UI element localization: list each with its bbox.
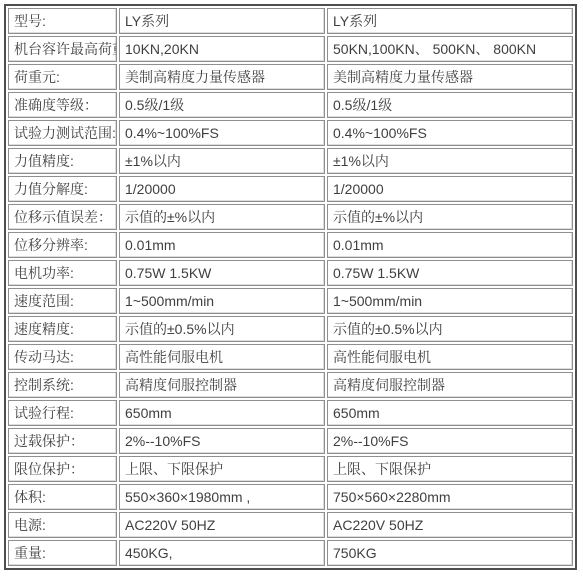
spec-label-cell: 控制系统: (8, 372, 117, 398)
spec-label-cell: 速度范围: (8, 288, 117, 314)
spec-value-cell: 0.01mm (327, 232, 573, 258)
spec-label-cell: 限位保护： (8, 456, 117, 482)
spec-label-cell: 重量: (8, 540, 117, 566)
spec-label-cell: 过载保护： (8, 428, 117, 454)
spec-value-cell: AC220V 50HZ (119, 512, 325, 538)
spec-value-cell: 50KN,100KN、 500KN、 800KN (327, 36, 573, 62)
spec-label-cell: 试验力测试范围: (8, 120, 117, 146)
spec-label-cell: 荷重元: (8, 64, 117, 90)
table-row: 电机功率: 0.75W 1.5KW 0.75W 1.5KW (8, 260, 573, 286)
spec-value-cell: ±1%以内 (119, 148, 325, 174)
spec-value-cell: 750×560×2280mm (327, 484, 573, 510)
table-row: 机台容许最高荷重: 10KN,20KN 50KN,100KN、 500KN、 8… (8, 36, 573, 62)
table-row: 速度范围: 1~500mm/min 1~500mm/min (8, 288, 573, 314)
spec-label-cell: 位移分辨率: (8, 232, 117, 258)
spec-value-cell: 0.75W 1.5KW (327, 260, 573, 286)
spec-value-cell: 示值的±%以内 (327, 204, 573, 230)
table-row: 速度精度: 示值的±0.5%以内 示值的±0.5%以内 (8, 316, 573, 342)
spec-value-cell: 高性能伺服电机 (119, 344, 325, 370)
spec-value-cell: ±1%以内 (327, 148, 573, 174)
spec-label-cell: 机台容许最高荷重: (8, 36, 117, 62)
table-row: 型号: LY系列 LY系列 (8, 8, 573, 34)
spec-value-cell: 1~500mm/min (119, 288, 325, 314)
table-row: 力值精度: ±1%以内 ±1%以内 (8, 148, 573, 174)
table-row: 传动马达: 高性能伺服电机 高性能伺服电机 (8, 344, 573, 370)
spec-value-cell: 示值的±%以内 (119, 204, 325, 230)
spec-value-cell: 1/20000 (327, 176, 573, 202)
spec-label-cell: 速度精度: (8, 316, 117, 342)
spec-label-cell: 传动马达: (8, 344, 117, 370)
spec-label-cell: 力值精度: (8, 148, 117, 174)
spec-label-cell: 力值分解度: (8, 176, 117, 202)
spec-label-cell: 电机功率: (8, 260, 117, 286)
spec-value-cell: 高精度伺服控制器 (327, 372, 573, 398)
spec-value-cell: 上限、下限保护 (327, 456, 573, 482)
spec-value-cell: 10KN,20KN (119, 36, 325, 62)
table-row: 控制系统: 高精度伺服控制器 高精度伺服控制器 (8, 372, 573, 398)
table-row: 准确度等级： 0.5级/1级 0.5级/1级 (8, 92, 573, 118)
table-row: 重量: 450KG, 750KG (8, 540, 573, 566)
spec-value-cell: 650mm (119, 400, 325, 426)
spec-value-cell: 0.5级/1级 (119, 92, 325, 118)
spec-value-cell: 2%--10%FS (119, 428, 325, 454)
spec-value-cell: 美制高精度力量传感器 (119, 64, 325, 90)
spec-value-cell: LY系列 (327, 8, 573, 34)
table-row: 过载保护： 2%--10%FS 2%--10%FS (8, 428, 573, 454)
spec-value-cell: 550×360×1980mm , (119, 484, 325, 510)
spec-value-cell: 上限、下限保护 (119, 456, 325, 482)
table-row: 试验行程: 650mm 650mm (8, 400, 573, 426)
table-row: 体积: 550×360×1980mm , 750×560×2280mm (8, 484, 573, 510)
table-row: 位移示值误差： 示值的±%以内 示值的±%以内 (8, 204, 573, 230)
table-row: 荷重元: 美制高精度力量传感器 美制高精度力量传感器 (8, 64, 573, 90)
spec-value-cell: AC220V 50HZ (327, 512, 573, 538)
spec-value-cell: 示值的±0.5%以内 (327, 316, 573, 342)
spec-value-cell: 0.4%~100%FS (327, 120, 573, 146)
spec-value-cell: 美制高精度力量传感器 (327, 64, 573, 90)
spec-value-cell: 1/20000 (119, 176, 325, 202)
spec-label-cell: 位移示值误差： (8, 204, 117, 230)
spec-value-cell: LY系列 (119, 8, 325, 34)
spec-value-cell: 高精度伺服控制器 (119, 372, 325, 398)
spec-label-cell: 准确度等级： (8, 92, 117, 118)
spec-value-cell: 750KG (327, 540, 573, 566)
spec-value-cell: 0.5级/1级 (327, 92, 573, 118)
spec-value-cell: 2%--10%FS (327, 428, 573, 454)
spec-label-cell: 体积: (8, 484, 117, 510)
table-row: 限位保护： 上限、下限保护 上限、下限保护 (8, 456, 573, 482)
table-row: 试验力测试范围: 0.4%~100%FS 0.4%~100%FS (8, 120, 573, 146)
spec-label-cell: 电源: (8, 512, 117, 538)
spec-value-cell: 高性能伺服电机 (327, 344, 573, 370)
spec-label-cell: 试验行程: (8, 400, 117, 426)
spec-value-cell: 450KG, (119, 540, 325, 566)
spec-value-cell: 0.01mm (119, 232, 325, 258)
spec-label-cell: 型号: (8, 8, 117, 34)
spec-value-cell: 示值的±0.5%以内 (119, 316, 325, 342)
table-row: 位移分辨率: 0.01mm 0.01mm (8, 232, 573, 258)
table-row: 力值分解度: 1/20000 1/20000 (8, 176, 573, 202)
spec-value-cell: 1~500mm/min (327, 288, 573, 314)
spec-table: 型号: LY系列 LY系列 机台容许最高荷重: 10KN,20KN 50KN,1… (4, 4, 577, 570)
spec-value-cell: 0.4%~100%FS (119, 120, 325, 146)
spec-value-cell: 0.75W 1.5KW (119, 260, 325, 286)
spec-value-cell: 650mm (327, 400, 573, 426)
table-row: 电源: AC220V 50HZ AC220V 50HZ (8, 512, 573, 538)
